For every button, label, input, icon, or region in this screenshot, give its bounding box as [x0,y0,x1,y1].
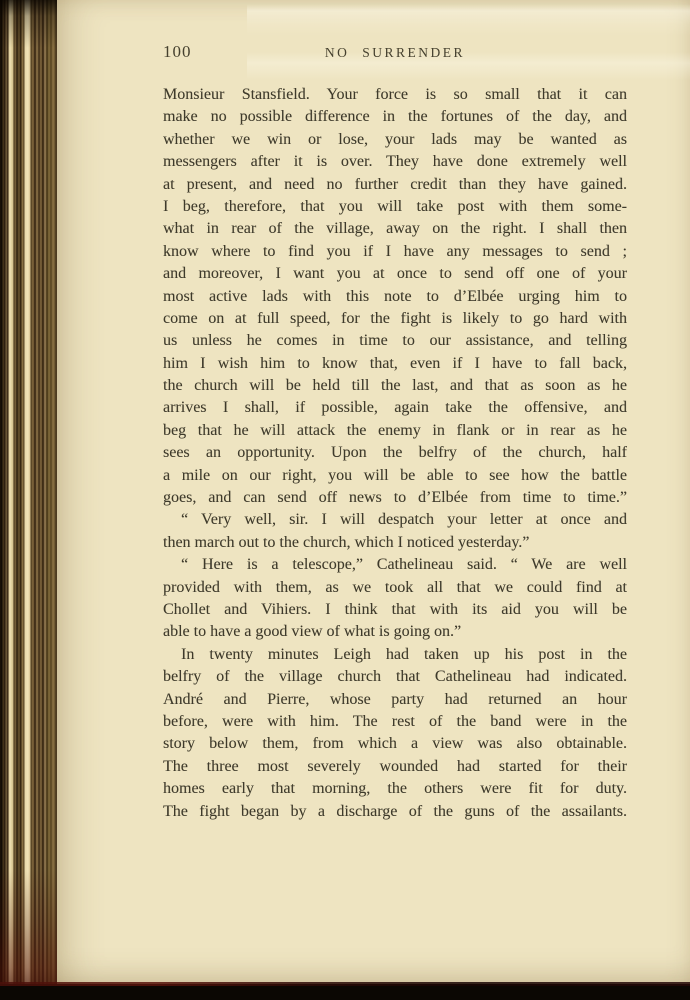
text-line: messengers after it is over. They have d… [163,151,627,173]
text-line: In twenty minutes Leigh had taken up his… [163,644,627,666]
text-line: The fight began by a discharge of the gu… [163,801,627,823]
text-line: most active lads with this note to d’Elb… [163,286,627,308]
body-text: Monsieur Stansfield. Your force is so sm… [163,84,627,823]
text-line: André and Pierre, whose party had return… [163,689,627,711]
text-line: arrives I shall, if possible, again take… [163,397,627,419]
book-bottom-shadow [0,984,690,1000]
text-line: then march out to the church, which I no… [163,532,627,554]
text-line: Monsieur Stansfield. Your force is so sm… [163,84,627,106]
text-line: make no possible difference in the fortu… [163,106,627,128]
text-line: what in rear of the village, away on the… [163,218,627,240]
text-line: goes, and can send off news to d’Elbée f… [163,487,627,509]
book-photo: 100 NO SURRENDER Monsieur Stansfield. Yo… [0,0,690,1000]
text-line: and moreover, I want you at once to send… [163,263,627,285]
text-line: him I wish him to know that, even if I h… [163,353,627,375]
text-line: sees an opportunity. Upon the belfry of … [163,442,627,464]
text-line: I beg, therefore, that you will take pos… [163,196,627,218]
text-line: come on at full speed, for the fight is … [163,308,627,330]
text-line: a mile on our right, you will be able to… [163,465,627,487]
text-line: “ Very well, sir. I will despatch your l… [163,509,627,531]
book-page-edges [0,0,57,984]
book-page: 100 NO SURRENDER Monsieur Stansfield. Yo… [57,0,690,984]
page-header: 100 NO SURRENDER [163,42,627,64]
running-title: NO SURRENDER [163,45,627,61]
text-line: us unless he comes in time to our assist… [163,330,627,352]
text-line: provided with them, as we took all that … [163,577,627,599]
text-line: beg that he will attack the enemy in fla… [163,420,627,442]
text-line: homes early that morning, the others wer… [163,778,627,800]
text-line: at present, and need no further credit t… [163,174,627,196]
text-line: the church will be held till the last, a… [163,375,627,397]
text-line: belfry of the village church that Cathel… [163,666,627,688]
text-line: Chollet and Vihiers. I think that with i… [163,599,627,621]
text-line: know where to find you if I have any mes… [163,241,627,263]
text-line: story below them, from which a view was … [163,733,627,755]
text-line: able to have a good view of what is goin… [163,621,627,643]
text-line: before, were with him. The rest of the b… [163,711,627,733]
text-line: “ Here is a telescope,” Cathelineau said… [163,554,627,576]
text-line: whether we win or lose, your lads may be… [163,129,627,151]
text-line: The three most severely wounded had star… [163,756,627,778]
